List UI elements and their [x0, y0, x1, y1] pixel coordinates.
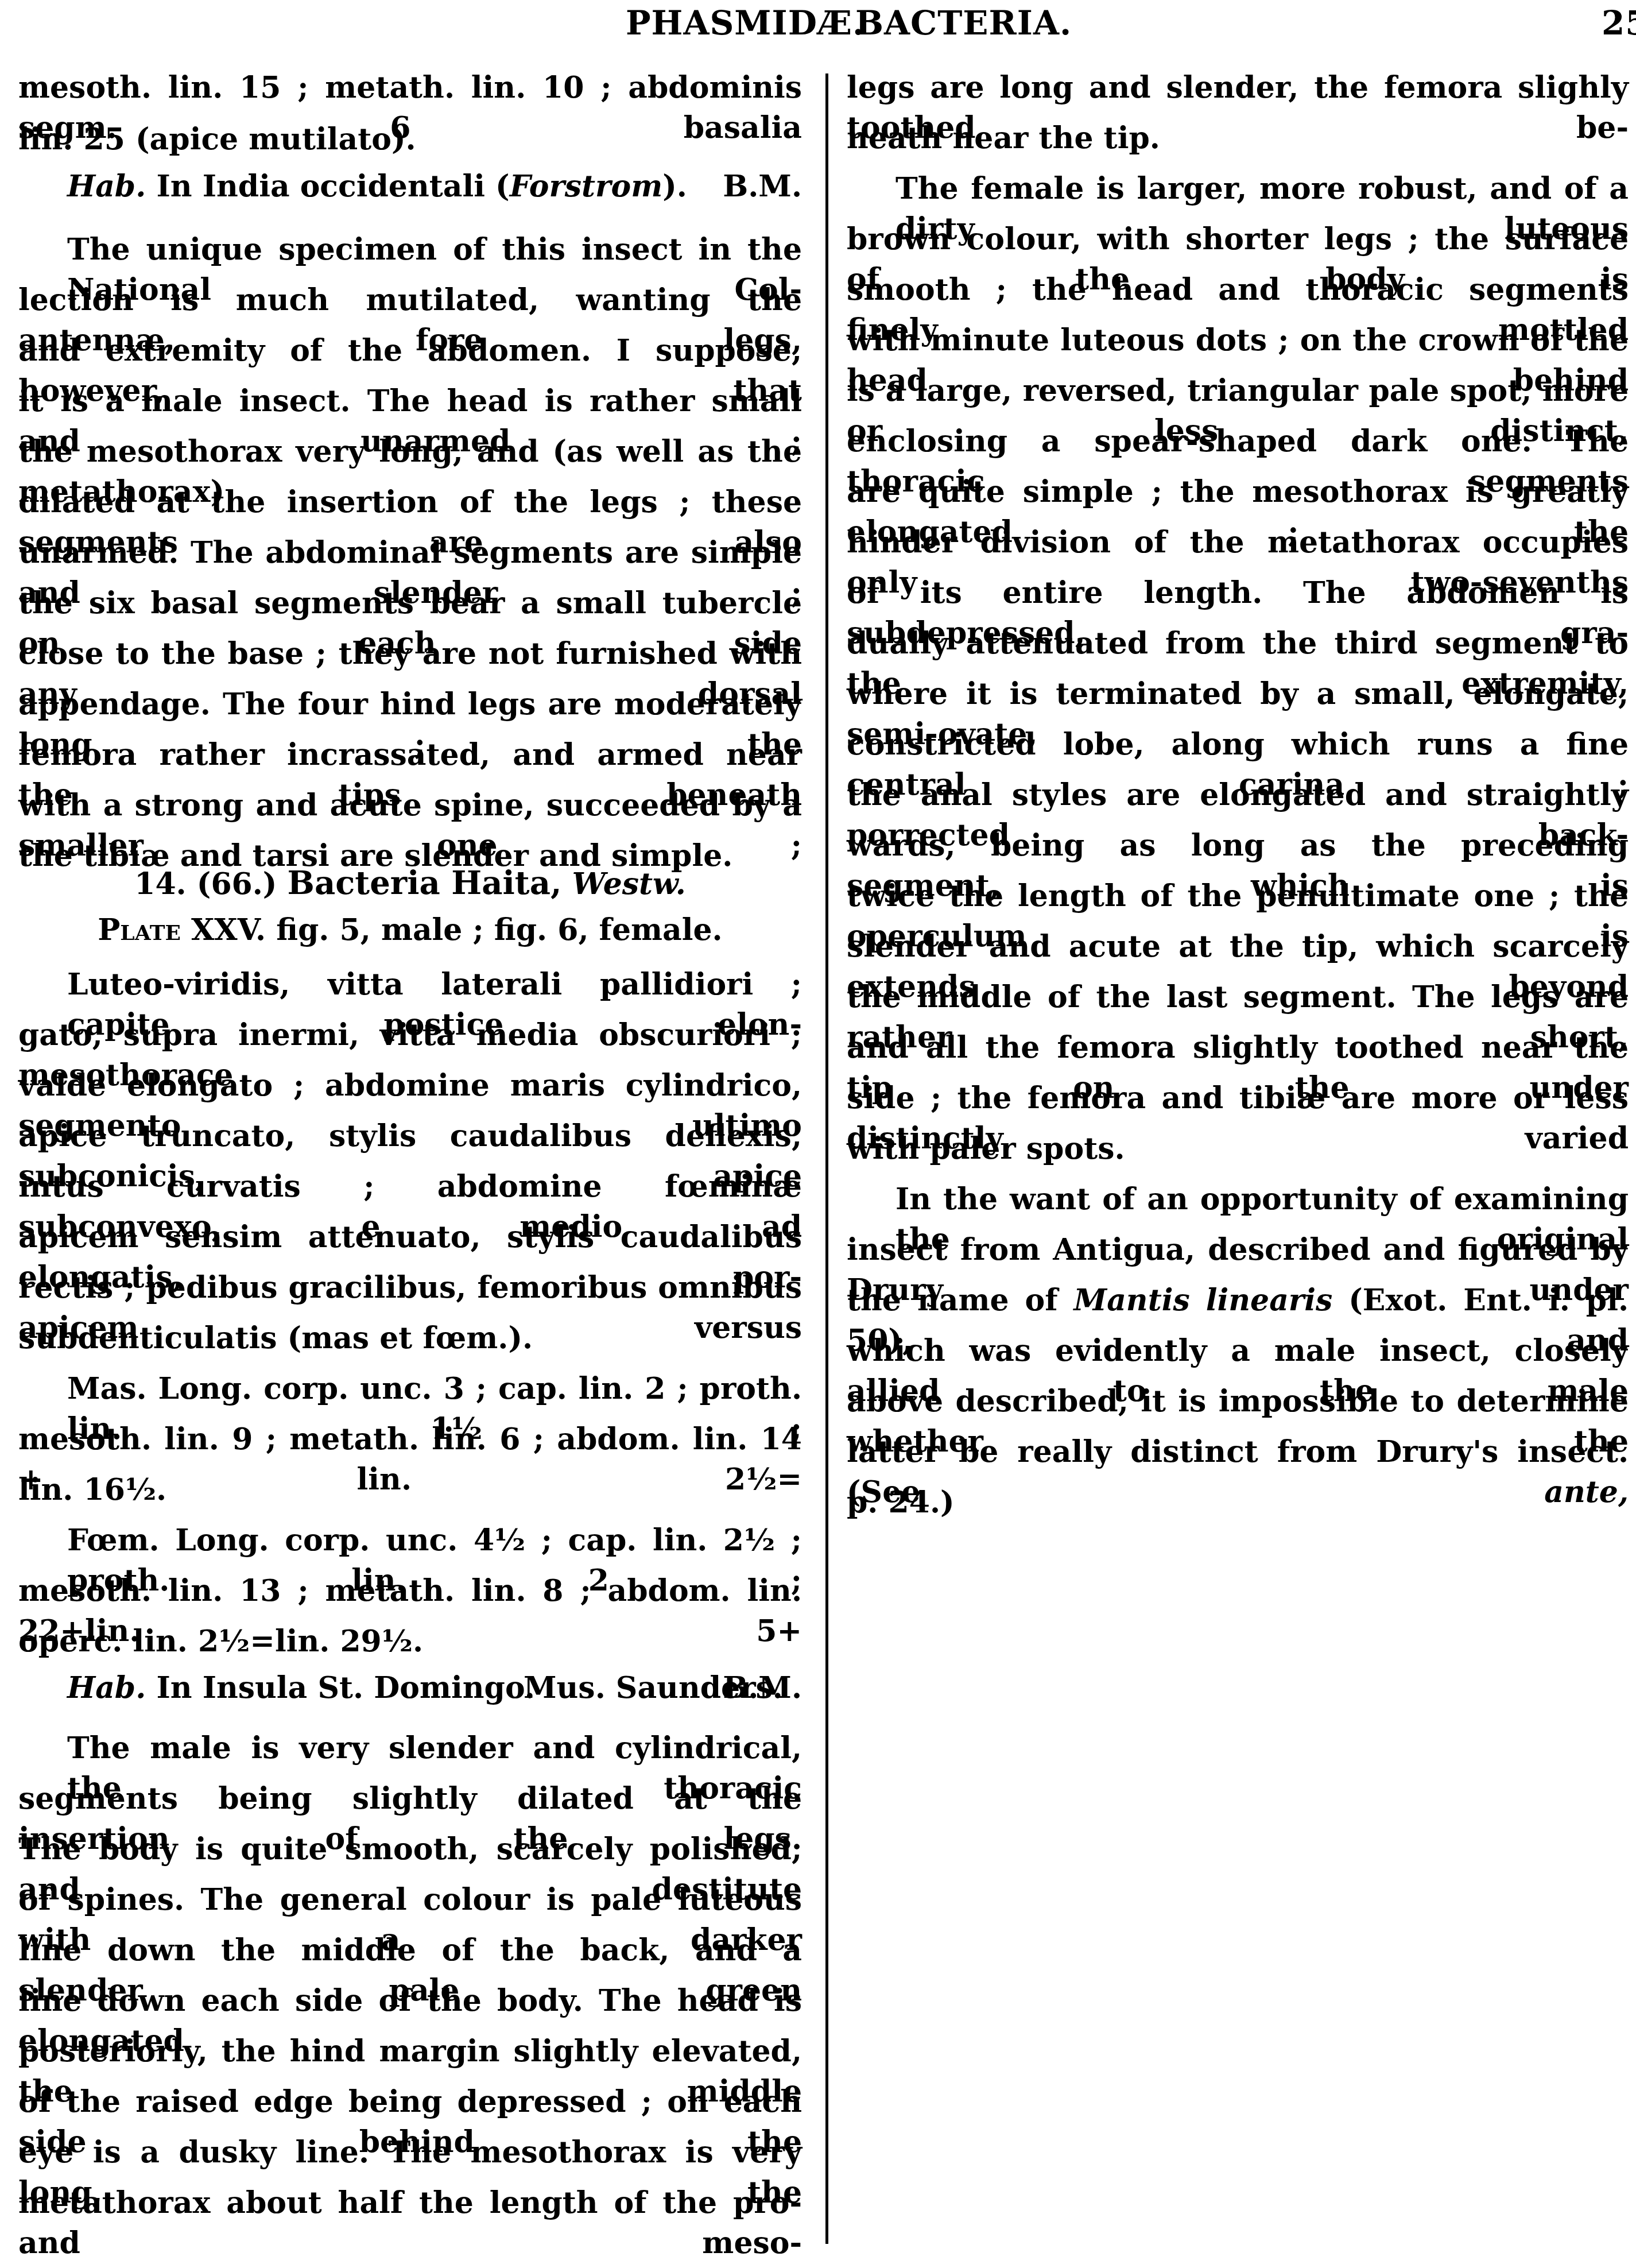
running-title-left: PHASMIDÆ.	[626, 0, 864, 46]
species-citation: Mantis linearis	[1074, 1283, 1333, 1318]
hab-label: Hab.	[67, 1670, 146, 1705]
plate-reference: Plate XXV. fig. 5, male ; fig. 6, female…	[18, 910, 802, 950]
habitat-line: Hab. In Insula St. Domingo. Mus. Saunder…	[18, 1668, 802, 1708]
hab-label: Hab.	[67, 169, 146, 204]
text-span: the name of	[847, 1283, 1074, 1318]
hab-close: ).	[662, 169, 687, 204]
measurement-line: lin. 16½.	[18, 1470, 802, 1510]
species-heading: 14. (66.) Bacteria Haita, Westw.	[18, 863, 802, 904]
hab-text: In India occidentali (	[156, 169, 509, 204]
running-title-right: BACTERIA.	[855, 0, 1072, 46]
collector-name: Forstrom	[510, 169, 663, 204]
text-line: with paler spots.	[847, 1129, 1629, 1169]
page-number: 25	[1602, 0, 1636, 46]
text-line: metathorax about half the length of the …	[18, 2183, 802, 2263]
text-line: subdenticulatis (mas et fœm.).	[18, 1318, 802, 1359]
habitat-line: Hab. In India occidentali (Forstrom). B.…	[18, 167, 802, 207]
text-line: neath near the tip.	[847, 118, 1629, 158]
species-name: Bacteria Haita,	[288, 864, 562, 902]
measurement-line: operc. lin. 2½=lin. 29½.	[18, 1621, 802, 1662]
plate-label: Plate	[98, 912, 181, 947]
column-divider	[825, 73, 828, 2244]
text-line: p. 24.)	[847, 1483, 1629, 1523]
species-number: 14. (66.)	[134, 866, 277, 901]
species-author: Westw.	[572, 866, 686, 901]
museum-code: B.M.	[723, 1668, 802, 1708]
text-line: lin. 25 (apice mutilato).	[18, 119, 802, 160]
plate-ref-text: XXV. fig. 5, male ; fig. 6, female.	[191, 912, 723, 947]
hab-text: In Insula St. Domingo.	[156, 1670, 534, 1705]
museum-code: B.M.	[723, 167, 802, 207]
